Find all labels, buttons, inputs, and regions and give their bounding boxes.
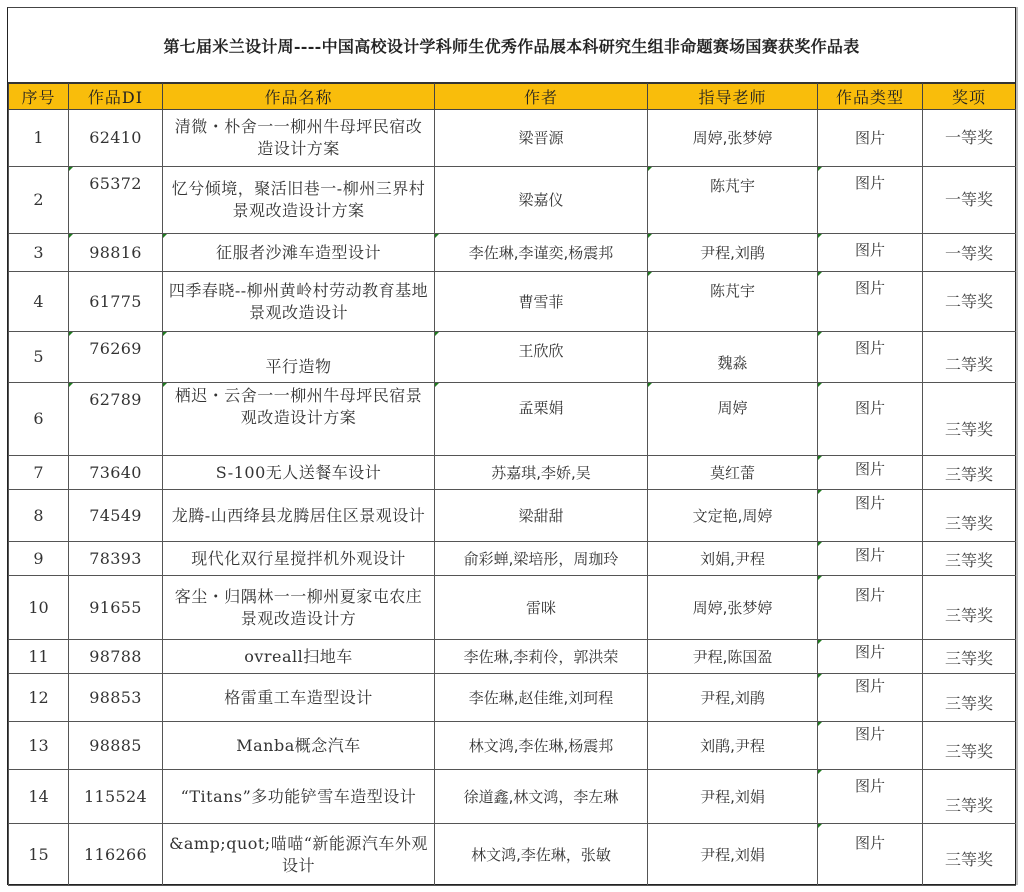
table-row: 1 62410 清微・朴舍一一柳州牛母坪民宿改造设计方案 梁晋源 周婷,张梦婷 … [9, 110, 1016, 167]
cell-type[interactable]: 图片 [818, 272, 923, 332]
cell-id[interactable]: 98788 [69, 640, 163, 674]
cell-seq[interactable]: 7 [9, 456, 69, 490]
cell-name[interactable]: ovreall扫地车 [163, 640, 435, 674]
cell-name[interactable]: 清微・朴舍一一柳州牛母坪民宿改造设计方案 [163, 110, 435, 167]
cell-award[interactable]: 三等奖 [923, 640, 1016, 674]
table-row: 9 78393 现代化双行星搅拌机外观设计 俞彩蝉,梁培彤，周珈玲 刘娟,尹程 … [9, 542, 1016, 576]
cell-name[interactable]: Manba概念汽车 [163, 722, 435, 770]
cell-author[interactable]: 曹雪菲 [435, 272, 648, 332]
cell-type[interactable]: 图片 [818, 722, 923, 770]
cell-author[interactable]: 李佐琳,赵佳维,刘珂程 [435, 674, 648, 722]
table-row: 3 98816 征服者沙滩车造型设计 李佐琳,李谨奕,杨震邦 尹程,刘鹃 图片 … [9, 234, 1016, 272]
table-row: 8 74549 龙腾-山西绛县龙腾居住区景观设计 梁甜甜 文定艳,周婷 图片 三… [9, 490, 1016, 542]
cell-award[interactable]: 三等奖 [923, 383, 1016, 456]
cell-type[interactable]: 图片 [818, 490, 923, 542]
column-header-type[interactable]: 作品类型 [818, 84, 923, 110]
cell-teacher[interactable]: 尹程,刘娟 [648, 770, 818, 824]
cell-author[interactable]: 梁甜甜 [435, 490, 648, 542]
table-row: 7 73640 S-100无人送餐车设计 苏嘉琪,李娇,吴 莫红蕾 图片 三等奖 [9, 456, 1016, 490]
cell-teacher[interactable]: 周婷,张梦婷 [648, 110, 818, 167]
cell-name[interactable]: 栖迟・云舍一一柳州牛母坪民宿景观改造设计方案 [163, 383, 435, 456]
cell-name[interactable]: &amp;quot;喵喵“新能源汽车外观设计 [163, 824, 435, 886]
cell-type[interactable]: 图片 [818, 824, 923, 886]
cell-type[interactable]: 图片 [818, 234, 923, 272]
cell-id[interactable]: 62789 [69, 383, 163, 456]
cell-type[interactable]: 图片 [818, 674, 923, 722]
cell-seq[interactable]: 12 [9, 674, 69, 722]
column-header-seq[interactable]: 序号 [9, 84, 69, 110]
column-header-name[interactable]: 作品名称 [163, 84, 435, 110]
cell-author[interactable]: 李佐琳,李谨奕,杨震邦 [435, 234, 648, 272]
table-row: 12 98853 格雷重工车造型设计 李佐琳,赵佳维,刘珂程 尹程,刘鹃 图片 … [9, 674, 1016, 722]
cell-name[interactable]: 客尘・归隅林一一柳州夏家屯农庄景观改造设计方 [163, 576, 435, 640]
cell-award[interactable]: 三等奖 [923, 824, 1016, 886]
cell-teacher[interactable]: 刘鹃,尹程 [648, 722, 818, 770]
cell-seq[interactable]: 8 [9, 490, 69, 542]
cell-seq[interactable]: 4 [9, 272, 69, 332]
cell-id[interactable]: 91655 [69, 576, 163, 640]
cell-id[interactable]: 78393 [69, 542, 163, 576]
cell-id[interactable]: 76269 [69, 332, 163, 383]
cell-award[interactable]: 三等奖 [923, 542, 1016, 576]
cell-id[interactable]: 62410 [69, 110, 163, 167]
cell-name[interactable]: “Titans”多功能铲雪车造型设计 [163, 770, 435, 824]
cell-id[interactable]: 73640 [69, 456, 163, 490]
cell-id[interactable]: 116266 [69, 824, 163, 886]
cell-type[interactable]: 图片 [818, 576, 923, 640]
cell-teacher[interactable]: 尹程,刘鹃 [648, 234, 818, 272]
cell-award[interactable]: 二等奖 [923, 332, 1016, 383]
header-row: 序号 作品DI 作品名称 作者 指导老师 作品类型 奖项 [9, 84, 1016, 110]
cell-award[interactable]: 一等奖 [923, 110, 1016, 167]
document-title: 第七届米兰设计周----中国高校设计学科师生优秀作品展本科研究生组非命题赛场国赛… [8, 8, 1015, 83]
cell-author[interactable]: 苏嘉琪,李娇,吴 [435, 456, 648, 490]
cell-author[interactable]: 梁晋源 [435, 110, 648, 167]
table-row: 2 65372 忆兮倾境，聚活旧巷一-柳州三界村景观改造设计方案 梁嘉仪 陈芃宇… [9, 167, 1016, 234]
cell-id[interactable]: 61775 [69, 272, 163, 332]
cell-name[interactable]: S-100无人送餐车设计 [163, 456, 435, 490]
table-row: 15 116266 &amp;quot;喵喵“新能源汽车外观设计 林文鸿,李佐琳… [9, 824, 1016, 886]
sheet-edge-divider [1016, 7, 1018, 885]
cell-teacher[interactable]: 文定艳,周婷 [648, 490, 818, 542]
cell-teacher[interactable]: 莫红蕾 [648, 456, 818, 490]
cell-seq[interactable]: 2 [9, 167, 69, 234]
cell-name[interactable]: 格雷重工车造型设计 [163, 674, 435, 722]
cell-id[interactable]: 98816 [69, 234, 163, 272]
cell-author[interactable]: 林文鸿,李佐琳,杨震邦 [435, 722, 648, 770]
cell-name[interactable]: 龙腾-山西绛县龙腾居住区景观设计 [163, 490, 435, 542]
cell-award[interactable]: 三等奖 [923, 722, 1016, 770]
spreadsheet-sheet: 第七届米兰设计周----中国高校设计学科师生优秀作品展本科研究生组非命题赛场国赛… [7, 7, 1016, 885]
table-row: 4 61775 四季春晓--柳州黄岭村劳动教育基地景观改造设计 曹雪菲 陈芃宇 … [9, 272, 1016, 332]
cell-name[interactable]: 征服者沙滩车造型设计 [163, 234, 435, 272]
cell-seq[interactable]: 10 [9, 576, 69, 640]
cell-teacher[interactable]: 陈芃宇 [648, 167, 818, 234]
cell-award[interactable]: 三等奖 [923, 770, 1016, 824]
cell-seq[interactable]: 15 [9, 824, 69, 886]
cell-type[interactable]: 图片 [818, 640, 923, 674]
cell-teacher[interactable]: 魏淼 [648, 332, 818, 383]
cell-type[interactable]: 图片 [818, 332, 923, 383]
cell-type[interactable]: 图片 [818, 542, 923, 576]
cell-seq[interactable]: 11 [9, 640, 69, 674]
cell-author[interactable]: 雷咪 [435, 576, 648, 640]
table-row: 6 62789 栖迟・云舍一一柳州牛母坪民宿景观改造设计方案 孟栗娟 周婷 图片… [9, 383, 1016, 456]
cell-award[interactable]: 三等奖 [923, 456, 1016, 490]
cell-teacher[interactable]: 尹程,陈国盈 [648, 640, 818, 674]
table-row: 11 98788 ovreall扫地车 李佐琳,李莉伶，郭洪荣 尹程,陈国盈 图… [9, 640, 1016, 674]
cell-teacher[interactable]: 周婷 [648, 383, 818, 456]
column-header-teacher[interactable]: 指导老师 [648, 84, 818, 110]
cell-award[interactable]: 一等奖 [923, 234, 1016, 272]
cell-name[interactable]: 四季春晓--柳州黄岭村劳动教育基地景观改造设计 [163, 272, 435, 332]
column-header-id[interactable]: 作品DI [69, 84, 163, 110]
cell-type[interactable]: 图片 [818, 383, 923, 456]
cell-id[interactable]: 98853 [69, 674, 163, 722]
cell-type[interactable]: 图片 [818, 167, 923, 234]
cell-seq[interactable]: 1 [9, 110, 69, 167]
cell-award[interactable]: 二等奖 [923, 272, 1016, 332]
cell-seq[interactable]: 9 [9, 542, 69, 576]
awards-table: 序号 作品DI 作品名称 作者 指导老师 作品类型 奖项 1 62410 清微・… [8, 83, 1016, 886]
cell-teacher[interactable]: 尹程,刘鹃 [648, 674, 818, 722]
cell-author[interactable]: 孟栗娟 [435, 383, 648, 456]
cell-id[interactable]: 65372 [69, 167, 163, 234]
column-header-award[interactable]: 奖项 [923, 84, 1016, 110]
cell-author[interactable]: 李佐琳,李莉伶，郭洪荣 [435, 640, 648, 674]
cell-author[interactable]: 俞彩蝉,梁培彤，周珈玲 [435, 542, 648, 576]
cell-author[interactable]: 梁嘉仪 [435, 167, 648, 234]
cell-type[interactable]: 图片 [818, 770, 923, 824]
cell-type[interactable]: 图片 [818, 456, 923, 490]
cell-seq[interactable]: 14 [9, 770, 69, 824]
cell-seq[interactable]: 13 [9, 722, 69, 770]
column-header-author[interactable]: 作者 [435, 84, 648, 110]
cell-id[interactable]: 74549 [69, 490, 163, 542]
cell-type[interactable]: 图片 [818, 110, 923, 167]
cell-teacher[interactable]: 刘娟,尹程 [648, 542, 818, 576]
cell-seq[interactable]: 3 [9, 234, 69, 272]
table-row: 5 76269 平行造物 王欣欣 魏淼 图片 二等奖 [9, 332, 1016, 383]
cell-seq[interactable]: 6 [9, 383, 69, 456]
cell-name[interactable]: 平行造物 [163, 332, 435, 383]
cell-seq[interactable]: 5 [9, 332, 69, 383]
cell-teacher[interactable]: 周婷,张梦婷 [648, 576, 818, 640]
cell-author[interactable]: 王欣欣 [435, 332, 648, 383]
cell-teacher[interactable]: 陈芃宇 [648, 272, 818, 332]
table-row: 13 98885 Manba概念汽车 林文鸿,李佐琳,杨震邦 刘鹃,尹程 图片 … [9, 722, 1016, 770]
cell-author[interactable]: 徐道鑫,林文鸿，李左琳 [435, 770, 648, 824]
cell-name[interactable]: 现代化双行星搅拌机外观设计 [163, 542, 435, 576]
cell-award[interactable]: 三等奖 [923, 576, 1016, 640]
cell-id[interactable]: 98885 [69, 722, 163, 770]
cell-id[interactable]: 115524 [69, 770, 163, 824]
cell-author[interactable]: 林文鸿,李佐琳，张敏 [435, 824, 648, 886]
cell-name[interactable]: 忆兮倾境，聚活旧巷一-柳州三界村景观改造设计方案 [163, 167, 435, 234]
table-row: 14 115524 “Titans”多功能铲雪车造型设计 徐道鑫,林文鸿，李左琳… [9, 770, 1016, 824]
table-row: 10 91655 客尘・归隅林一一柳州夏家屯农庄景观改造设计方 雷咪 周婷,张梦… [9, 576, 1016, 640]
cell-award[interactable]: 三等奖 [923, 674, 1016, 722]
cell-teacher[interactable]: 尹程,刘娟 [648, 824, 818, 886]
cell-award[interactable]: 三等奖 [923, 490, 1016, 542]
cell-award[interactable]: 一等奖 [923, 167, 1016, 234]
